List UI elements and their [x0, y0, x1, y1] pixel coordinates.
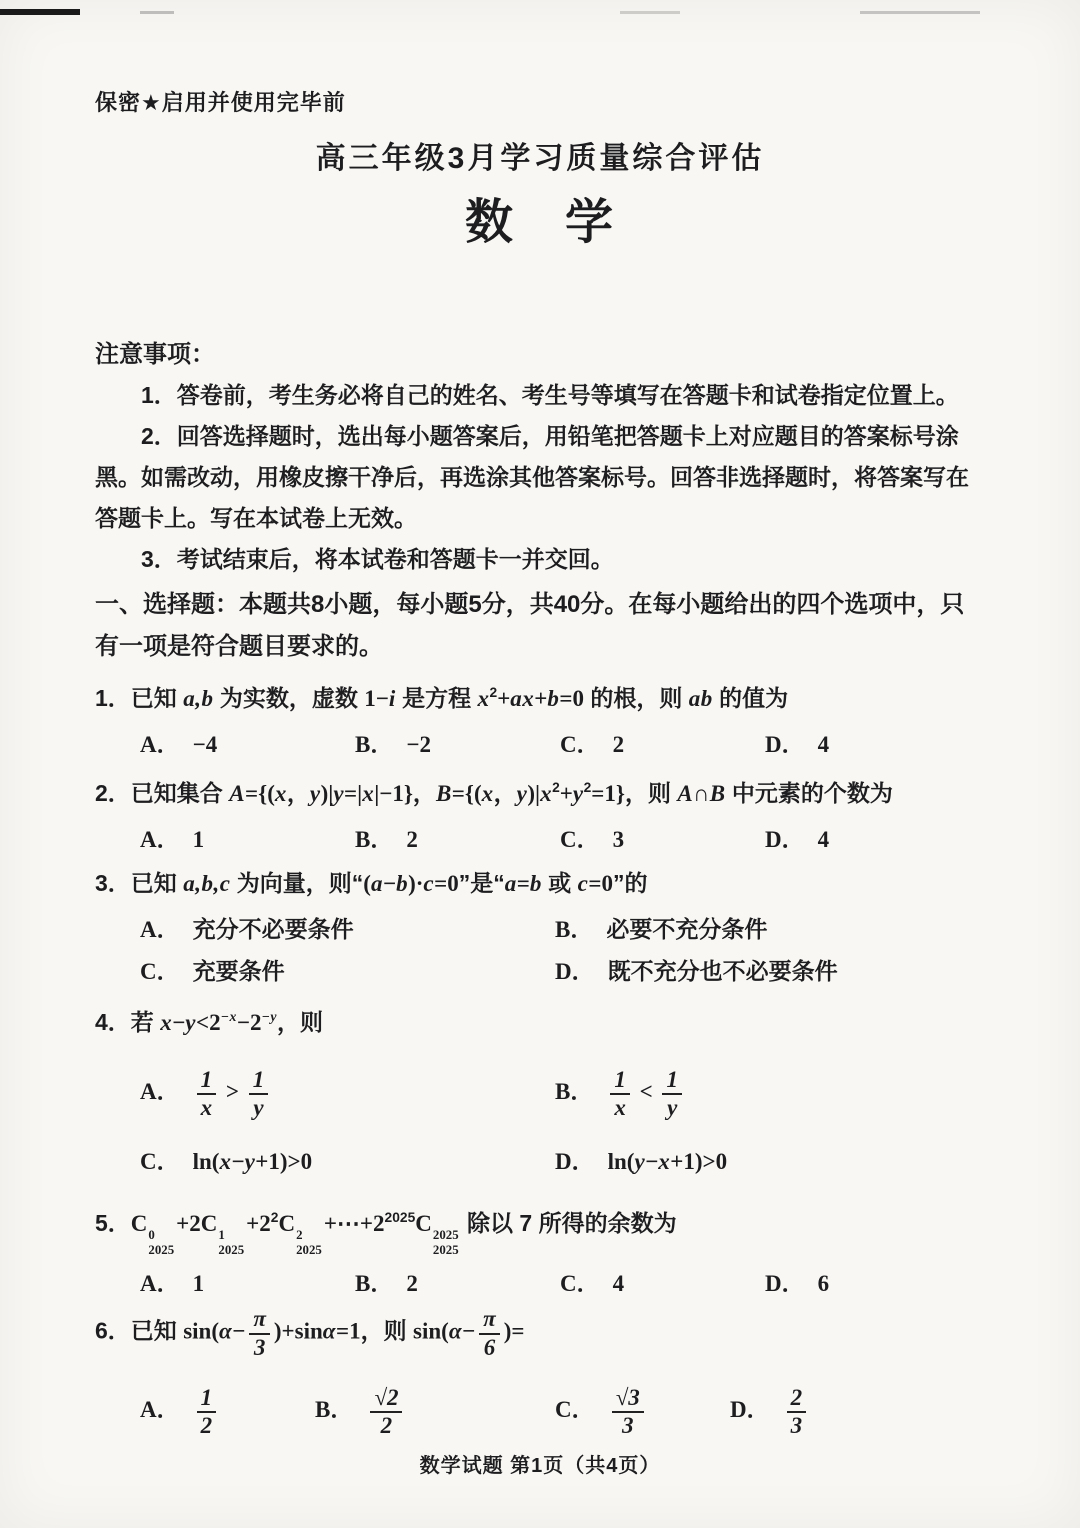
question-3-options: A．充分不必要条件 B．必要不充分条件 C．充要条件 D．既不充分也不必要条件 [140, 913, 985, 988]
notice-item-2: 2．回答选择题时，选出每小题答案后，用铅笔把答题卡上对应题目的答案标号涂黑。如需… [95, 416, 985, 539]
page-footer: 数学试题 第1页（共4页） [0, 1449, 1080, 1478]
question-5-options: A．1 B．2 C．4 D．6 [140, 1265, 985, 1298]
question-6-options: A．12 B．√22 C．√33 D．23 [140, 1379, 985, 1440]
option-d: D．既不充分也不必要条件 [555, 955, 985, 988]
question-5-stem: 5．C02025+2C12025+22C22025+⋯+22025C202520… [95, 1198, 985, 1258]
option-b: B．−2 [355, 726, 560, 759]
option-c: C．2 [560, 726, 765, 759]
option-d: D．6 [765, 1265, 985, 1298]
exam-paper-page: 保密★启用并使用完毕前 高三年级3月学习质量综合评估 数 学 注意事项： 1．答… [0, 0, 1080, 1528]
notice-heading: 注意事项： [95, 334, 985, 375]
question-1: 1．已知 a,b 为实数，虚数 1−i 是方程 x2+ax+b=0 的根，则 a… [95, 673, 985, 759]
scan-artifact [140, 11, 174, 14]
question-4-options: A．1x > 1y B．1x < 1y C．ln(x−y+1)>0 D．ln(y… [140, 1061, 985, 1192]
option-c: C．4 [560, 1265, 765, 1298]
section-one-heading: 一、选择题：本题共8小题，每小题5分，共40分。在每小题给出的四个选项中，只有一… [95, 584, 985, 668]
scan-artifact [0, 9, 80, 15]
option-a: A．充分不必要条件 [140, 913, 555, 946]
question-1-options: A．−4 B．−2 C．2 D．4 [140, 726, 985, 759]
subject-title: 数 学 [95, 183, 985, 252]
option-b: B．1x < 1y [555, 1061, 985, 1122]
exam-title: 高三年级3月学习质量综合评估 [95, 133, 985, 177]
option-d: D．4 [765, 821, 985, 854]
question-3-stem: 3．已知 a,b,c 为向量，则“(a−b)·c=0”是“a=b 或 c=0”的 [95, 863, 985, 904]
secrecy-notice: 保密★启用并使用完毕前 [95, 86, 985, 117]
option-b: B．必要不充分条件 [555, 913, 985, 946]
option-d: D．4 [765, 726, 985, 759]
option-b: B．√22 [315, 1379, 555, 1440]
question-1-stem: 1．已知 a,b 为实数，虚数 1−i 是方程 x2+ax+b=0 的根，则 a… [95, 673, 985, 719]
question-2: 2．已知集合 A={(x，y)|y=|x|−1}，B={(x，y)|x2+y2=… [95, 768, 985, 854]
option-a: A．1 [140, 1265, 355, 1298]
question-2-options: A．1 B．2 C．3 D．4 [140, 821, 985, 854]
option-c: C．充要条件 [140, 955, 555, 988]
option-a: A．1 [140, 821, 355, 854]
option-a: A．1x > 1y [140, 1061, 555, 1122]
option-a: A．−4 [140, 726, 355, 759]
question-4: 4．若 x−y<2−x−2−y，则 A．1x > 1y B．1x < 1y C．… [95, 997, 985, 1192]
notice-item-1: 1．答卷前，考生务必将自己的姓名、考生号等填写在答题卡和试卷指定位置上。 [95, 375, 985, 416]
question-5: 5．C02025+2C12025+22C22025+⋯+22025C202520… [95, 1198, 985, 1298]
option-d: D．23 [730, 1379, 985, 1440]
option-d: D．ln(y−x+1)>0 [555, 1131, 985, 1192]
option-c: C．ln(x−y+1)>0 [140, 1131, 555, 1192]
option-b: B．2 [355, 1265, 560, 1298]
option-c: C．3 [560, 821, 765, 854]
question-2-stem: 2．已知集合 A={(x，y)|y=|x|−1}，B={(x，y)|x2+y2=… [95, 768, 985, 814]
scan-artifact [860, 11, 980, 14]
page-content: 保密★启用并使用完毕前 高三年级3月学习质量综合评估 数 学 注意事项： 1．答… [0, 0, 1080, 1440]
option-b: B．2 [355, 821, 560, 854]
notice-section: 注意事项： 1．答卷前，考生务必将自己的姓名、考生号等填写在答题卡和试卷指定位置… [95, 334, 985, 580]
notice-item-3: 3．考试结束后，将本试卷和答题卡一并交回。 [95, 539, 985, 580]
question-6: 6．已知 sin(α−π3)+sinα=1，则 sin(α−π6)= A．12 … [95, 1307, 985, 1440]
question-6-stem: 6．已知 sin(α−π3)+sinα=1，则 sin(α−π6)= [95, 1307, 985, 1361]
question-3: 3．已知 a,b,c 为向量，则“(a−b)·c=0”是“a=b 或 c=0”的… [95, 863, 985, 988]
question-4-stem: 4．若 x−y<2−x−2−y，则 [95, 997, 985, 1043]
scan-artifact [620, 11, 680, 14]
option-a: A．12 [140, 1379, 315, 1440]
option-c: C．√33 [555, 1379, 730, 1440]
